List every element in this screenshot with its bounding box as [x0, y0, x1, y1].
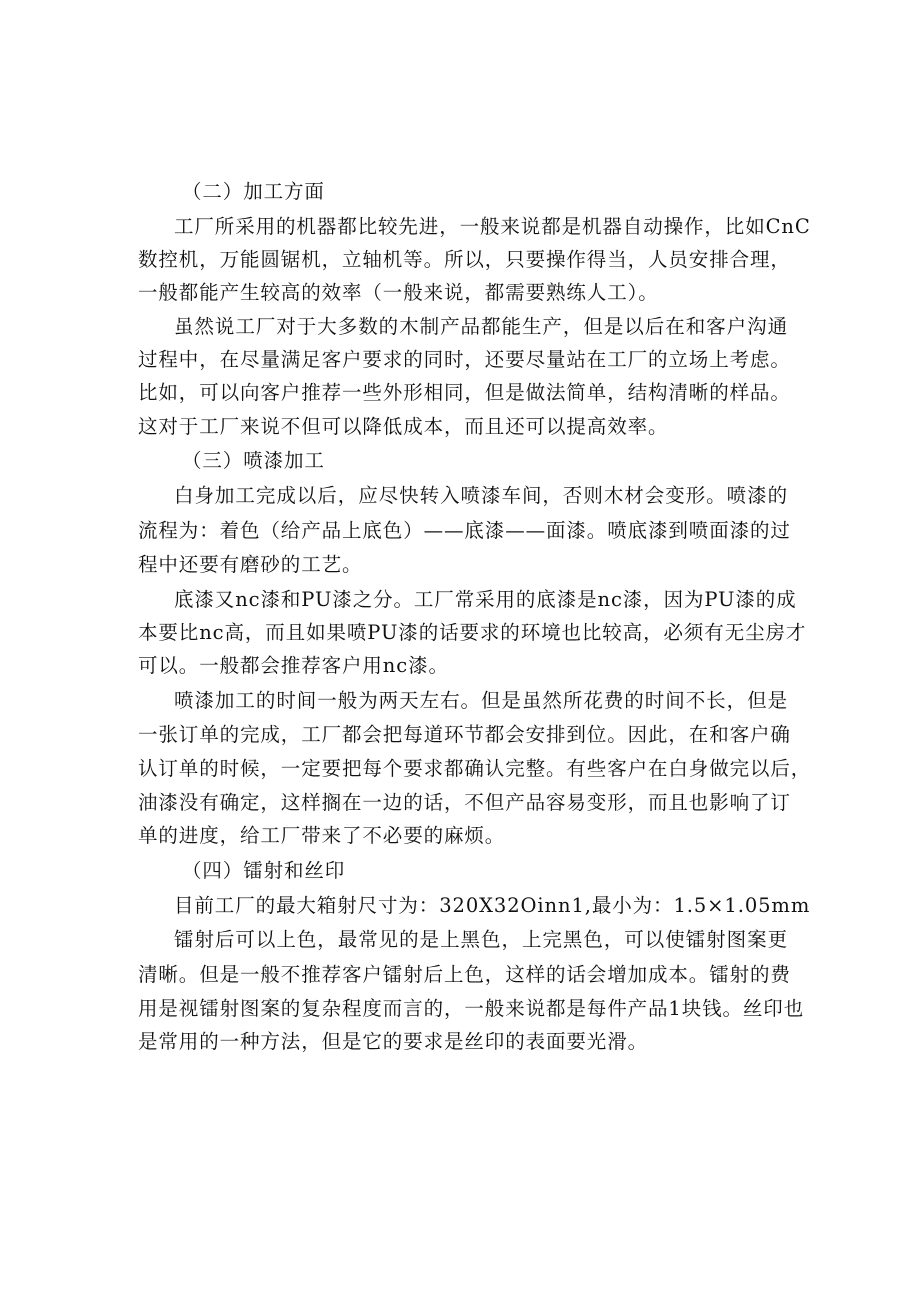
section-heading-spray-painting: （三）喷漆加工 [182, 449, 832, 473]
section-heading-processing: （二）加工方面 [182, 180, 832, 204]
paragraph-line: 清晰。但是一般不推荐客户镭射后上色，这样的话会增加成本。镭射的费 [138, 963, 788, 987]
paragraph-line: 这对于工厂来说不但可以降低成本，而且还可以提高效率。 [138, 415, 788, 439]
paragraph-line: 认订单的时候，一定要把每个要求都确认完整。有些客户在白身做完以后， [138, 757, 788, 781]
paragraph-line: 虽然说工厂对于大多数的木制产品都能生产，但是以后在和客户沟通 [174, 315, 788, 339]
paragraph-line: 工厂所采用的机器都比较先进，一般来说都是机器自动操作，比如CnC [174, 215, 788, 239]
paragraph-line: 用是视镭射图案的复杂程度而言的，一般来说都是每件产品1块钱。丝印也 [138, 997, 788, 1021]
paragraph-line: 一般都能产生较高的效率（一般来说，都需要熟练人工）。 [138, 281, 788, 305]
paragraph-line: 是常用的一种方法，但是它的要求是丝印的表面要光滑。 [138, 1030, 788, 1054]
paragraph-line: 一张订单的完成，工厂都会把每道环节都会安排到位。因此，在和客户确 [138, 723, 788, 747]
paragraph-line: 本要比nc高，而且如果喷PU漆的话要求的环境也比较高，必须有无尘房才 [138, 621, 788, 645]
paragraph-line: 可以。一般都会推荐客户用nc漆。 [138, 654, 788, 678]
paragraph-line: 底漆又nc漆和PU漆之分。工厂常采用的底漆是nc漆，因为PU漆的成 [174, 588, 788, 612]
paragraph-line: 程中还要有磨砂的工艺。 [138, 553, 788, 577]
paragraph-line: 白身加工完成以后，应尽快转入喷漆车间，否则木材会变形。喷漆的 [174, 484, 788, 508]
paragraph-line: 镭射后可以上色，最常见的是上黑色，上完黑色，可以使镭射图案更 [174, 928, 788, 952]
paragraph-line: 数控机，万能圆锯机，立轴机等。所以，只要操作得当，人员安排合理， [138, 248, 788, 272]
paragraph-line: 目前工厂的最大箱射尺寸为：320X32Oinn1,最小为：1.5×1.05mm [174, 894, 788, 918]
paragraph-line: 单的进度，给工厂带来了不必要的麻烦。 [138, 824, 788, 848]
document-page: （二）加工方面 工厂所采用的机器都比较先进，一般来说都是机器自动操作，比如CnC… [0, 0, 920, 1301]
paragraph-line: 过程中，在尽量满足客户要求的同时，还要尽量站在工厂的立场上考虑。 [138, 348, 788, 372]
section-heading-laser-silkscreen: （四）镭射和丝印 [182, 859, 832, 883]
paragraph-line: 比如，可以向客户推荐一些外形相同，但是做法简单，结构清晰的样品。 [138, 381, 788, 405]
paragraph-line: 喷漆加工的时间一般为两天左右。但是虽然所花费的时间不长，但是 [174, 689, 788, 713]
paragraph-line: 流程为：着色（给产品上底色）——底漆——面漆。喷底漆到喷面漆的过 [138, 519, 788, 543]
paragraph-line: 油漆没有确定，这样搁在一边的话，不但产品容易变形，而且也影响了订 [138, 791, 788, 815]
